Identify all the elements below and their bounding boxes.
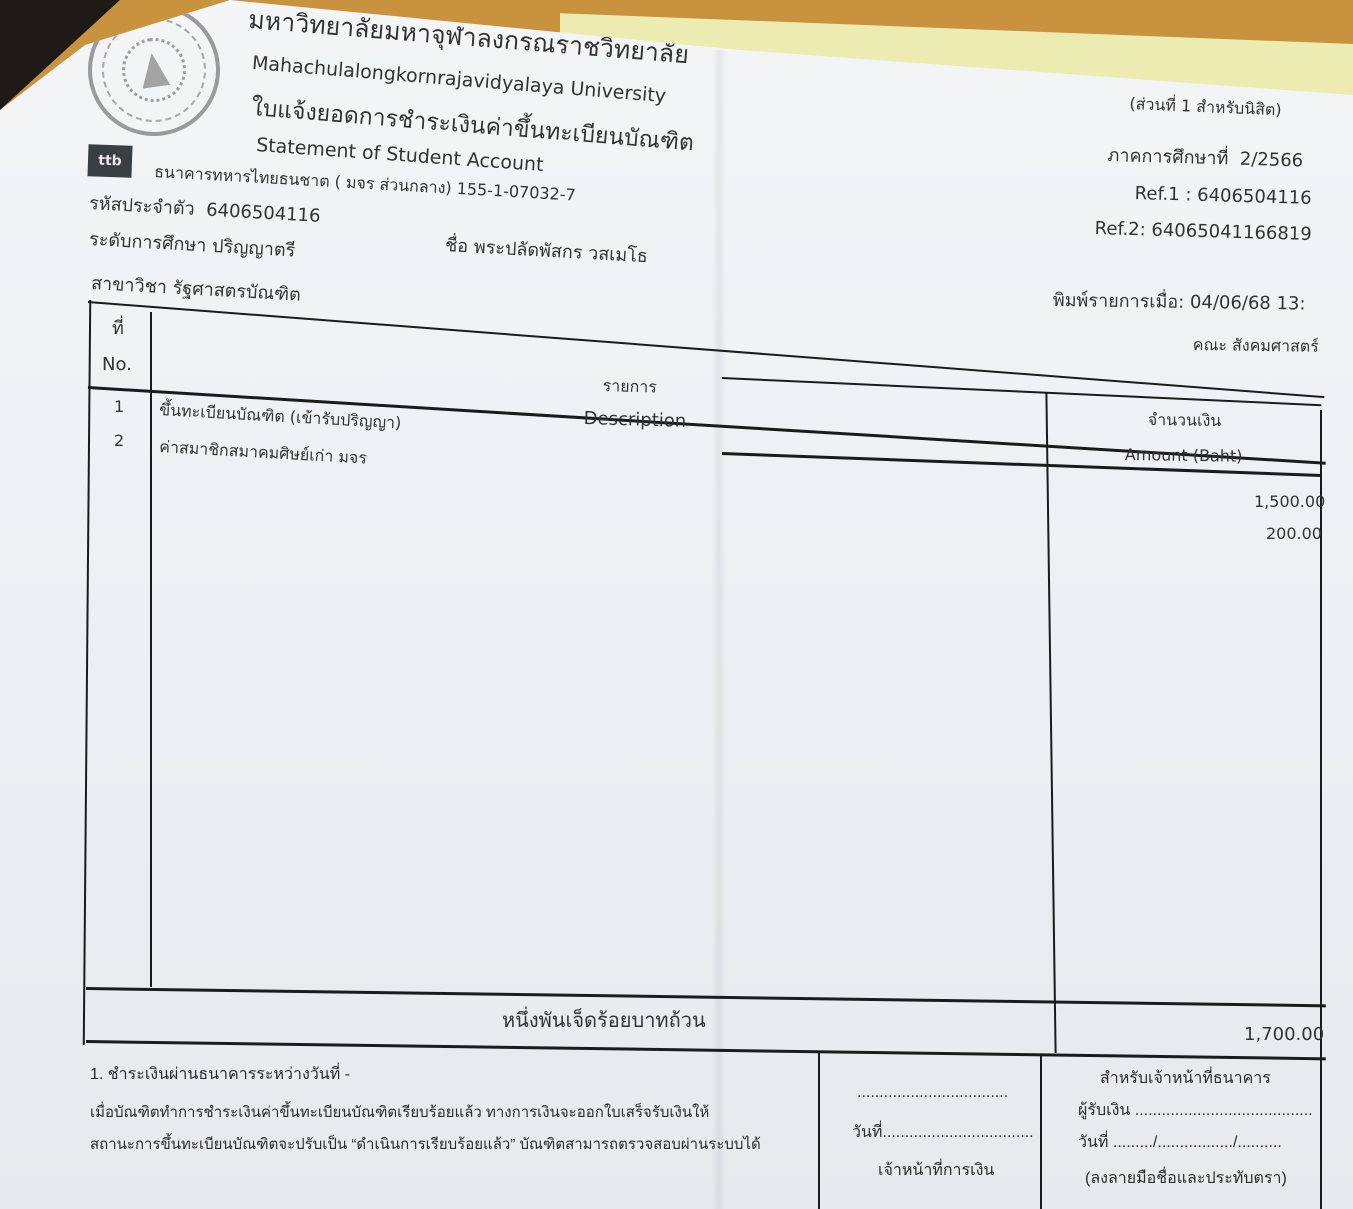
major-label: สาขาวิชา — [91, 273, 168, 298]
faculty-value: สังคมศาสตร์ — [1232, 336, 1319, 356]
finance-officer-label: เจ้าหน้าที่การเงิน — [878, 1158, 994, 1183]
col-amount-en: Amount (Baht) — [1125, 445, 1243, 466]
ref1: Ref.1 : 6406504116 — [1134, 183, 1312, 209]
semester-row: ภาคการศึกษาที่ 2/2566 — [1107, 140, 1303, 174]
faculty-row: คณะ สังคมศาสตร์ — [1193, 333, 1319, 360]
semester-label: ภาคการศึกษาที่ — [1107, 145, 1228, 169]
bank-sign-note: (ลงลายมือชื่อและประทับตรา) — [1085, 1166, 1287, 1191]
education-level-row: ระดับการศึกษา ปริญญาตรี — [88, 224, 296, 264]
bank-date-field: วันที่ ........./................./.....… — [1078, 1130, 1282, 1155]
col-desc-en: Description — [583, 408, 686, 432]
finance-signature-line: .................................. — [857, 1084, 1008, 1102]
finance-date-field: วันที่.................................. — [852, 1120, 1034, 1145]
student-id-label: รหัสประจำตัว — [89, 193, 196, 220]
table-left-border — [83, 300, 92, 1045]
student-name-row: ชื่อ พระปลัดพัสกร วสเมโธ — [444, 230, 648, 270]
paper-fold — [712, 50, 726, 1209]
row-description: ค่าสมาชิกสมาคมศิษย์เก่า มจร — [159, 435, 368, 472]
faculty-label: คณะ — [1193, 335, 1227, 354]
printed-value: 04/06/68 13: — [1190, 292, 1306, 315]
copy-note: (ส่วนที่ 1 สำหรับนิสิต) — [1129, 92, 1282, 123]
student-id-value: 6406504116 — [206, 200, 322, 227]
table-header-top-right — [722, 377, 1321, 406]
table-top-border — [88, 301, 1324, 398]
row-no: 2 — [114, 431, 124, 450]
major-value: รัฐศาสตรบัณฑิต — [172, 278, 301, 306]
student-id-row: รหัสประจำตัว 6406504116 — [88, 188, 321, 230]
footer-divider-2 — [1040, 1054, 1042, 1209]
ref2: Ref.2: 64065041166819 — [1094, 218, 1312, 245]
footer-divider-1 — [818, 1052, 820, 1209]
table-total-bottom-border — [86, 1040, 1326, 1060]
bank-receiver-field: ผู้รับเงิน .............................… — [1078, 1098, 1313, 1123]
col-no-th: ที่ — [112, 313, 124, 342]
table-total-top-border — [86, 987, 1326, 1007]
table-amount-column-divider — [1045, 393, 1056, 1053]
printed-label: พิมพ์รายการเมื่อ: — [1053, 290, 1185, 313]
semester-value: 2/2566 — [1240, 149, 1304, 172]
total-amount: 1,700.00 — [1244, 1024, 1324, 1045]
total-in-words: หนึ่งพันเจ็ดร้อยบาทถ้วน — [502, 1004, 706, 1036]
payment-note-2: เมื่อบัณฑิตทำการชำระเงินค่าขึ้นทะเบียนบั… — [90, 1100, 709, 1124]
payment-note-3: สถานะการขึ้นทะเบียนบัณฑิตจะปรับเป็น “ดำเ… — [90, 1132, 761, 1156]
table-no-column-divider — [150, 312, 152, 987]
student-name-value: พระปลัดพัสกร วสเมโธ — [473, 237, 648, 268]
col-no-en: No. — [102, 354, 132, 375]
col-desc-th: รายการ — [602, 374, 657, 401]
row-amount: 1,500.00 — [1254, 492, 1325, 511]
bank-logo-icon: ttb — [87, 144, 132, 178]
row-no: 1 — [114, 397, 124, 416]
education-level-value: ปริญญาตรี — [212, 236, 296, 262]
bank-section-title: สำหรับเจ้าหน้าที่ธนาคาร — [1100, 1066, 1271, 1091]
education-level-label: ระดับการศึกษา — [89, 229, 207, 257]
payment-note-1: 1. ชำระเงินผ่านธนาคารระหว่างวันที่ - — [90, 1062, 350, 1087]
major-row: สาขาวิชา รัฐศาสตรบัณฑิต — [90, 268, 301, 309]
university-seal-icon — [79, 0, 228, 145]
printed-row: พิมพ์รายการเมื่อ: 04/06/68 13: — [1053, 285, 1306, 318]
row-amount: 200.00 — [1266, 524, 1322, 543]
statement-paper: มหาวิทยาลัยมหาจุฬาลงกรณราชวิทยาลัย Mahac… — [0, 0, 1353, 1209]
student-name-label: ชื่อ — [445, 235, 469, 257]
col-amount-th: จำนวนเงิน — [1148, 408, 1222, 434]
